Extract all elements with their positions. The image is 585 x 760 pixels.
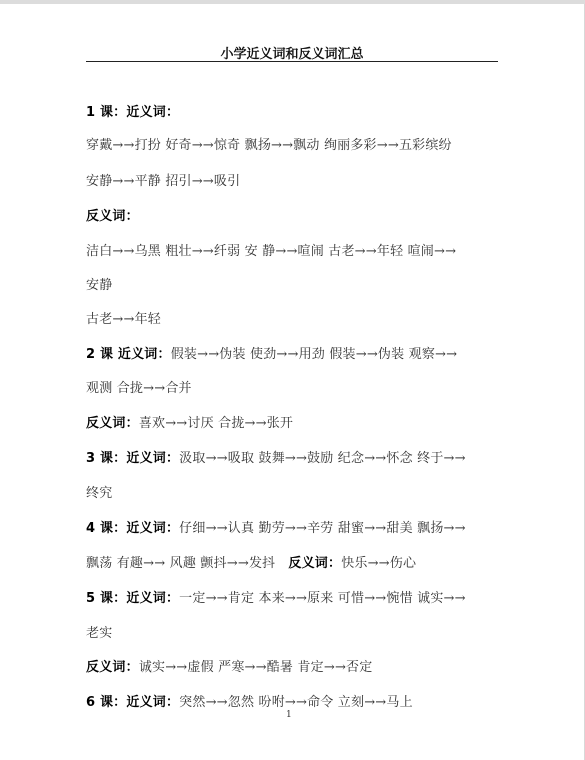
antonym-label: 反义词： bbox=[86, 660, 139, 675]
lesson-label: 4 课：近义词： bbox=[86, 521, 179, 536]
text-line: 反义词： bbox=[86, 205, 506, 224]
lesson-label: 6 课：近义词： bbox=[86, 695, 179, 710]
antonym-label: 反义词： bbox=[288, 556, 341, 571]
text-line: 老实 bbox=[86, 622, 506, 641]
antonym-label: 反义词： bbox=[86, 209, 139, 224]
text-line: 反义词：喜欢→→讨厌 合拢→→张开 bbox=[86, 412, 506, 431]
text-line: 2 课 近义词：假装→→伪装 使劲→→用劲 假装→→伪装 观察→→ bbox=[86, 343, 506, 362]
lesson-label: 2 课 近义词： bbox=[86, 347, 171, 362]
text-line: 5 课：近义词：一定→→肯定 本来→→原来 可惜→→惋惜 诚实→→ bbox=[86, 587, 506, 606]
lesson-label: 5 课：近义词： bbox=[86, 591, 179, 606]
text-line: 反义词：诚实→→虚假 严寒→→酷暑 肯定→→否定 bbox=[86, 656, 506, 675]
text-line: 安静 bbox=[86, 274, 506, 293]
title-underline bbox=[86, 61, 498, 62]
text-line: 终究 bbox=[86, 482, 506, 501]
text-line: 安静→→平静 招引→→吸引 bbox=[86, 170, 506, 189]
text-line: 3 课：近义词：汲取→→吸取 鼓舞→→鼓励 纪念→→怀念 终于→→ bbox=[86, 447, 506, 466]
lesson-label: 1 课：近义词： bbox=[86, 105, 179, 120]
text-line: 1 课：近义词： bbox=[86, 101, 506, 120]
text-line: 飘荡 有趣→→ 风趣 颤抖→→发抖 反义词：快乐→→伤心 bbox=[86, 552, 506, 571]
text-line: 穿戴→→打扮 好奇→→惊奇 飘扬→→飘动 绚丽多彩→→五彩缤纷 bbox=[86, 134, 506, 153]
lesson-label: 3 课：近义词： bbox=[86, 451, 179, 466]
antonym-label: 反义词： bbox=[86, 416, 139, 431]
document-page: 小学近义词和反义词汇总 1 课：近义词： 穿戴→→打扮 好奇→→惊奇 飘扬→→飘… bbox=[0, 4, 585, 760]
page-number: 1 bbox=[286, 710, 292, 720]
text-line: 洁白→→乌黑 粗壮→→纤弱 安 静→→喧闹 古老→→年轻 喧闹→→ bbox=[86, 240, 506, 259]
text-line: 古老→→年轻 bbox=[86, 308, 506, 327]
text-line: 4 课：近义词：仔细→→认真 勤劳→→辛劳 甜蜜→→甜美 飘扬→→ bbox=[86, 517, 506, 536]
page-title: 小学近义词和反义词汇总 bbox=[86, 43, 498, 62]
text-line: 6 课：近义词：突然→→忽然 吩咐→→命令 立刻→→马上 bbox=[86, 691, 506, 710]
text-line: 观测 合拢→→合并 bbox=[86, 377, 506, 396]
